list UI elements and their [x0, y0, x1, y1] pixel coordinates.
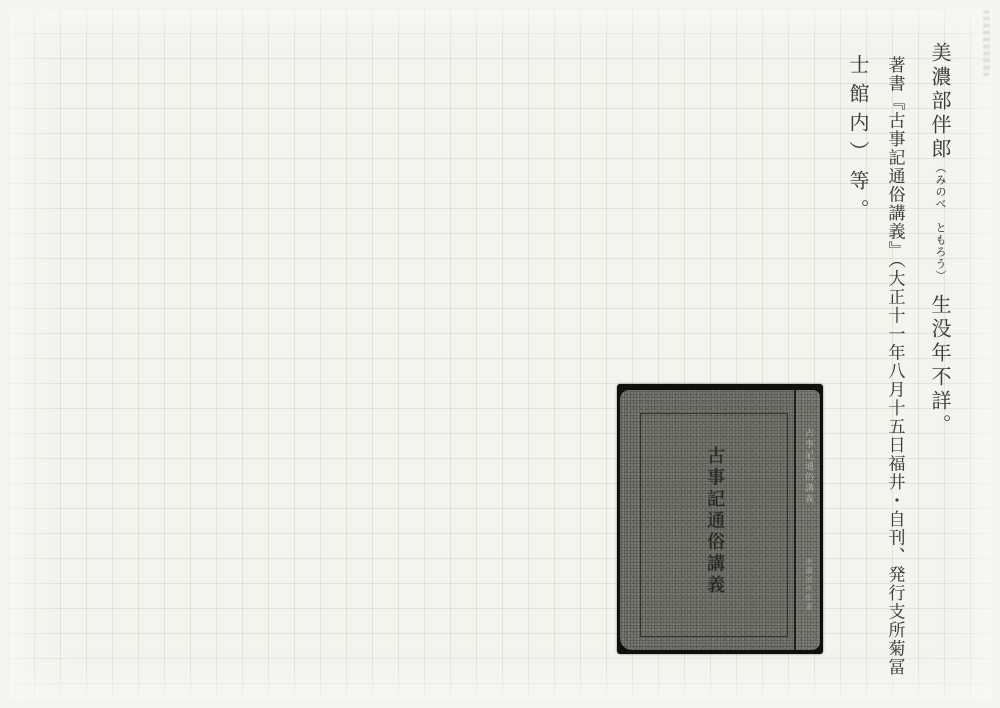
faint-pencil-mark: [983, 10, 990, 76]
handwritten-bibliography-column: 著書『古事記通俗講義』（大正十一年八月十五日福井・自刊、発行支所菊冨: [884, 56, 904, 704]
book-spine-author: 美濃部伴郎著: [804, 558, 814, 612]
author-name-reading: （みのべ ともろう）: [934, 162, 947, 282]
book-cover-title: 古事記通俗講義: [701, 446, 727, 597]
book-cover: 古事記通俗講義 古事記通俗講義 美濃部伴郎著: [620, 390, 820, 650]
graph-paper-background: [8, 8, 992, 700]
author-name: 美濃部伴郎: [928, 42, 952, 162]
scanned-page: 美濃部伴郎（みのべ ともろう）生没年不詳。 著書『古事記通俗講義』（大正十一年八…: [0, 0, 1000, 708]
handwritten-author-column: 美濃部伴郎（みのべ ともろう）生没年不詳。: [928, 42, 951, 692]
life-dates-note: 生没年不詳。: [928, 294, 952, 438]
book-cover-photo: 古事記通俗講義 古事記通俗講義 美濃部伴郎著: [617, 384, 823, 654]
book-spine-title: 古事記通俗講義: [802, 428, 815, 505]
book-spine: 古事記通俗講義 美濃部伴郎著: [794, 390, 820, 650]
handwritten-bibliography-column-continued: 士館内）等。: [846, 54, 869, 374]
